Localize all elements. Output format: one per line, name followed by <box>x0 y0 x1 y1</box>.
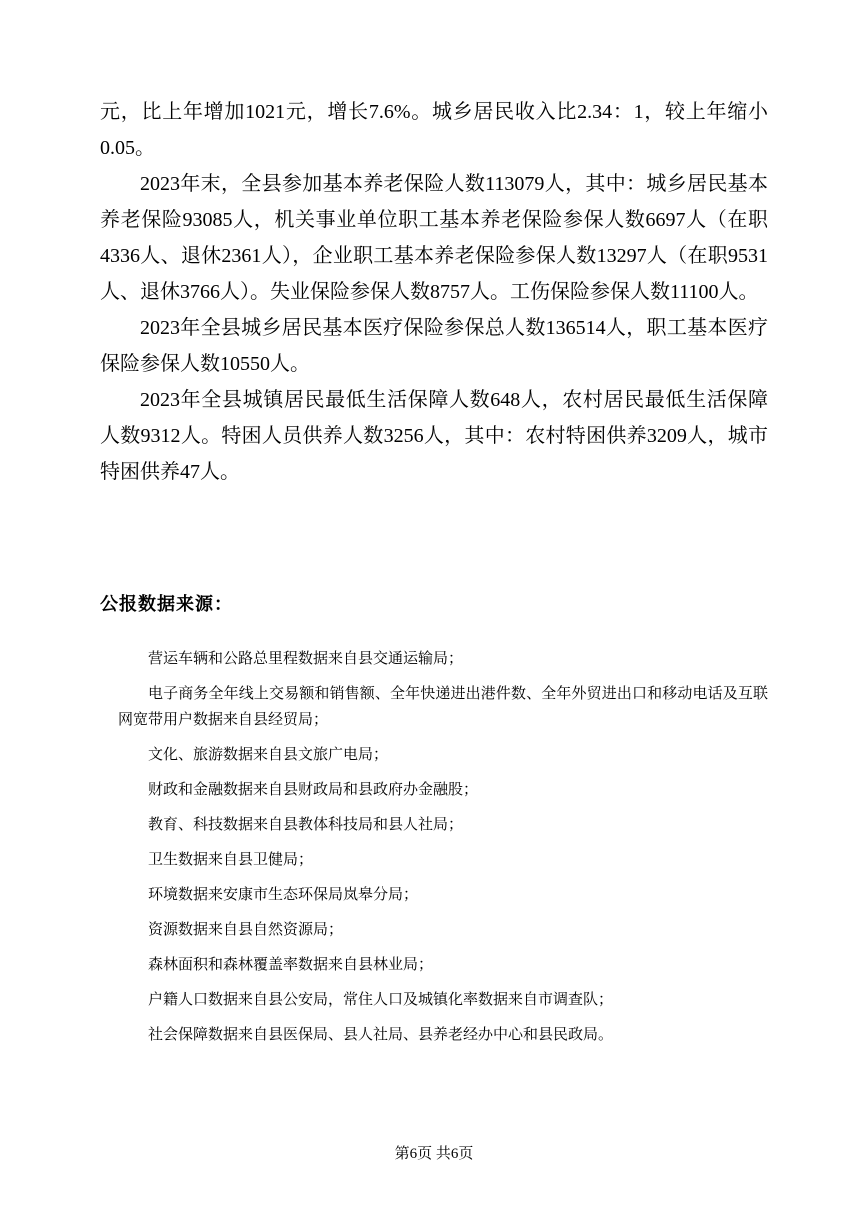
sources-heading: 公报数据来源： <box>100 590 768 616</box>
paragraph-income-ratio: 元，比上年增加1021元，增长7.6%。城乡居民收入比2.34：1，较上年缩小0… <box>100 94 768 166</box>
source-item-transport: 营运车辆和公路总里程数据来自县交通运输局； <box>118 646 768 672</box>
source-item-forestry: 森林面积和森林覆盖率数据来自县林业局； <box>118 952 768 978</box>
source-item-culture-tourism: 文化、旅游数据来自县文旅广电局； <box>118 742 768 768</box>
page-footer: 第6页 共6页 <box>0 1142 868 1163</box>
sources-list: 营运车辆和公路总里程数据来自县交通运输局； 电子商务全年线上交易额和销售额、全年… <box>100 646 768 1048</box>
document-body: 元，比上年增加1021元，增长7.6%。城乡居民收入比2.34：1，较上年缩小0… <box>100 94 768 490</box>
paragraph-pension-insurance: 2023年末，全县参加基本养老保险人数113079人，其中：城乡居民基本养老保险… <box>100 166 768 310</box>
document-page: 元，比上年增加1021元，增长7.6%。城乡居民收入比2.34：1，较上年缩小0… <box>0 0 868 1228</box>
source-item-ecommerce: 电子商务全年线上交易额和销售额、全年快递进出港件数、全年外贸进出口和移动电话及互… <box>118 681 768 733</box>
source-item-environment: 环境数据来安康市生态环保局岚皋分局； <box>118 882 768 908</box>
paragraph-minimum-living: 2023年全县城镇居民最低生活保障人数648人，农村居民最低生活保障人数9312… <box>100 382 768 490</box>
source-item-resources: 资源数据来自县自然资源局； <box>118 917 768 943</box>
paragraph-medical-insurance: 2023年全县城乡居民基本医疗保险参保总人数136514人，职工基本医疗保险参保… <box>100 310 768 382</box>
page-number: 第6页 共6页 <box>395 1146 474 1162</box>
source-item-education-science: 教育、科技数据来自县教体科技局和县人社局； <box>118 812 768 838</box>
source-item-health: 卫生数据来自县卫健局； <box>118 847 768 873</box>
source-item-social-security: 社会保障数据来自县医保局、县人社局、县养老经办中心和县民政局。 <box>118 1022 768 1048</box>
source-item-population: 户籍人口数据来自县公安局，常住人口及城镇化率数据来自市调查队； <box>118 987 768 1013</box>
source-item-finance: 财政和金融数据来自县财政局和县政府办金融股； <box>118 777 768 803</box>
